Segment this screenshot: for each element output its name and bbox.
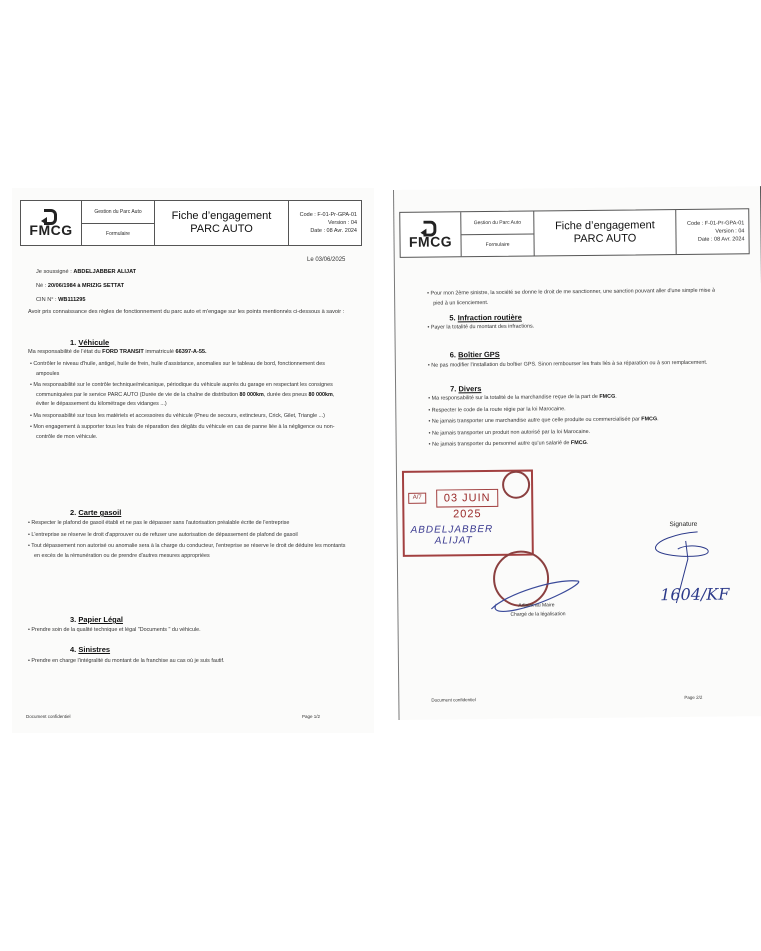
list-item: Mon engagement à supporter tous les frai… bbox=[28, 423, 346, 442]
list-item: Pour mon 2ème sinistre, la société se do… bbox=[425, 287, 725, 309]
section-1-list: Contrôler le niveau d'huile, antigel, hu… bbox=[28, 360, 346, 444]
doc-date: Date : 08 Avr. 2024 bbox=[310, 227, 357, 235]
list-item: Tout dépassement non autorisé ou anomali… bbox=[26, 542, 346, 561]
doc-code: Code : F-01-Pr-GPA-01 bbox=[300, 211, 357, 219]
soussigne-line: Je soussigné : ABDELJABBER ALIJAT bbox=[36, 268, 136, 277]
document-meta: Code : F-01-Pr-GPA-01 Version : 04 Date … bbox=[289, 201, 361, 245]
logo-arrow-icon bbox=[420, 220, 440, 234]
list-item: Payer la totalité du montant des infract… bbox=[425, 321, 725, 334]
company-logo: FMCG bbox=[400, 212, 461, 257]
footer-page-number: Page 2/2 bbox=[684, 695, 702, 700]
label: Je soussigné : bbox=[36, 269, 72, 275]
document-page-2: FMCG Gestion du Parc Auto Formulaire Fic… bbox=[393, 186, 761, 720]
logo-arrow-icon bbox=[41, 208, 61, 222]
company-logo: FMCG bbox=[21, 201, 82, 245]
doc-type-label: Formulaire bbox=[82, 224, 154, 246]
footer-confidential: Document confidentiel bbox=[26, 714, 71, 719]
cin-number: WB111295 bbox=[58, 297, 85, 303]
handwritten-line: ABDELJABBER bbox=[411, 524, 494, 536]
list-item: Prendre soin de la qualité technique et … bbox=[26, 626, 346, 636]
section-3-heading: 3. Papier Légal bbox=[70, 615, 123, 624]
document-page-1: FMCG Gestion du Parc Auto Formulaire Fic… bbox=[12, 188, 374, 733]
doc-date: Date : 08 Avr. 2024 bbox=[698, 235, 745, 243]
department-label: Gestion du Parc Auto bbox=[82, 201, 154, 224]
stamp-reference: A/7 bbox=[408, 493, 426, 504]
section-4-heading: 4. Sinistres bbox=[70, 645, 110, 654]
section-2-list: Respecter le plafond de gasoil établi et… bbox=[26, 519, 346, 563]
footer-page-number: Page 1/2 bbox=[302, 714, 320, 719]
list-item: Ne jamais transporter un produit non aut… bbox=[427, 426, 727, 439]
section-1-heading: 1. Véhicule bbox=[70, 338, 109, 347]
document-title: Fiche d’engagement PARC AUTO bbox=[155, 201, 289, 245]
list-item: Ne jamais transporter une marchandise au… bbox=[426, 415, 726, 428]
list-item: Respecter le code de la route régie par … bbox=[426, 403, 726, 416]
employee-name: ABDELJABBER ALIJAT bbox=[73, 269, 136, 275]
section-3-list: Prendre soin de la qualité technique et … bbox=[26, 626, 346, 638]
stamp-date: 03 JUIN 2025 bbox=[436, 489, 498, 508]
section-6-list: Ne pas modifier l'installation du boîtie… bbox=[426, 359, 726, 374]
section-6-heading: 6. Boîtier GPS bbox=[450, 350, 500, 360]
handwritten-line: ALIJAT bbox=[411, 535, 494, 547]
list-item: Ne pas modifier l'installation du boîtie… bbox=[426, 359, 726, 372]
document-meta: Code : F-01-Pr-GPA-01 Version : 04 Date … bbox=[676, 209, 748, 254]
section-5-list: Payer la totalité du montant des infract… bbox=[425, 321, 725, 336]
document-title: Fiche d’engagement PARC AUTO bbox=[534, 210, 676, 255]
signature-label: Signature bbox=[669, 521, 697, 528]
section-5-heading: 5. Infraction routière bbox=[449, 313, 522, 323]
vehicle-responsibility: Ma responsabilité de l'état du FORD TRAN… bbox=[28, 348, 207, 357]
section-4-list: Prendre en charge l'intégralité du monta… bbox=[26, 657, 346, 669]
birth-info: 20/06/1984 à MRIZIG SETTAT bbox=[48, 283, 124, 289]
title-line-1: Fiche d’engagement bbox=[555, 219, 655, 233]
department-label: Gestion du Parc Auto bbox=[461, 212, 533, 235]
cin-line: CIN N° : WB111295 bbox=[36, 296, 86, 305]
stamp-handwritten-name: ABDELJABBER ALIJAT bbox=[411, 524, 494, 547]
birth-line: Né : 20/06/1984 à MRIZIG SETTAT bbox=[36, 282, 124, 291]
list-item: Contrôler le niveau d'huile, antigel, hu… bbox=[28, 360, 346, 379]
authority-subtitle: Chargé de la légalisation bbox=[510, 610, 565, 620]
doc-type-label: Formulaire bbox=[461, 234, 533, 256]
list-item: Ma responsabilité sur tous les matériels… bbox=[28, 412, 346, 422]
title-line-2: PARC AUTO bbox=[190, 223, 253, 236]
list-item: Prendre en charge l'intégralité du monta… bbox=[26, 657, 346, 667]
footer-confidential: Document confidentiel bbox=[431, 697, 476, 702]
sinistres-continued-list: Pour mon 2ème sinistre, la société se do… bbox=[425, 287, 725, 311]
list-item: L'entreprise se réserve le droit d'appro… bbox=[26, 531, 346, 541]
label: CIN N° : bbox=[36, 297, 57, 303]
list-item: Ma responsabilité sur le contrôle techni… bbox=[28, 381, 346, 410]
document-header: FMCG Gestion du Parc Auto Formulaire Fic… bbox=[399, 208, 749, 258]
handwritten-reference: 1604/KF bbox=[660, 584, 729, 604]
list-item: Respecter le plafond de gasoil établi et… bbox=[26, 519, 346, 529]
section-7-heading: 7. Divers bbox=[450, 384, 481, 393]
small-round-seal bbox=[502, 471, 530, 499]
label: Né : bbox=[36, 283, 46, 289]
section-7-list: Ma responsabilité sur la totalité de la … bbox=[426, 392, 727, 453]
signing-date: Le 03/06/2025 bbox=[307, 256, 345, 265]
intro-paragraph: Avoir pris connaissance des règles de fo… bbox=[28, 308, 348, 316]
authority-title: Adjoint au Maire bbox=[518, 601, 554, 610]
document-header: FMCG Gestion du Parc Auto Formulaire Fic… bbox=[20, 200, 362, 246]
list-item: Ne jamais transporter du personnel autre… bbox=[427, 438, 727, 451]
section-2-heading: 2. Carte gasoil bbox=[70, 508, 121, 517]
title-line-2: PARC AUTO bbox=[574, 232, 637, 246]
list-item: Ma responsabilité sur la totalité de la … bbox=[426, 392, 726, 405]
title-line-1: Fiche d’engagement bbox=[172, 210, 272, 223]
doc-version: Version : 04 bbox=[328, 219, 357, 227]
